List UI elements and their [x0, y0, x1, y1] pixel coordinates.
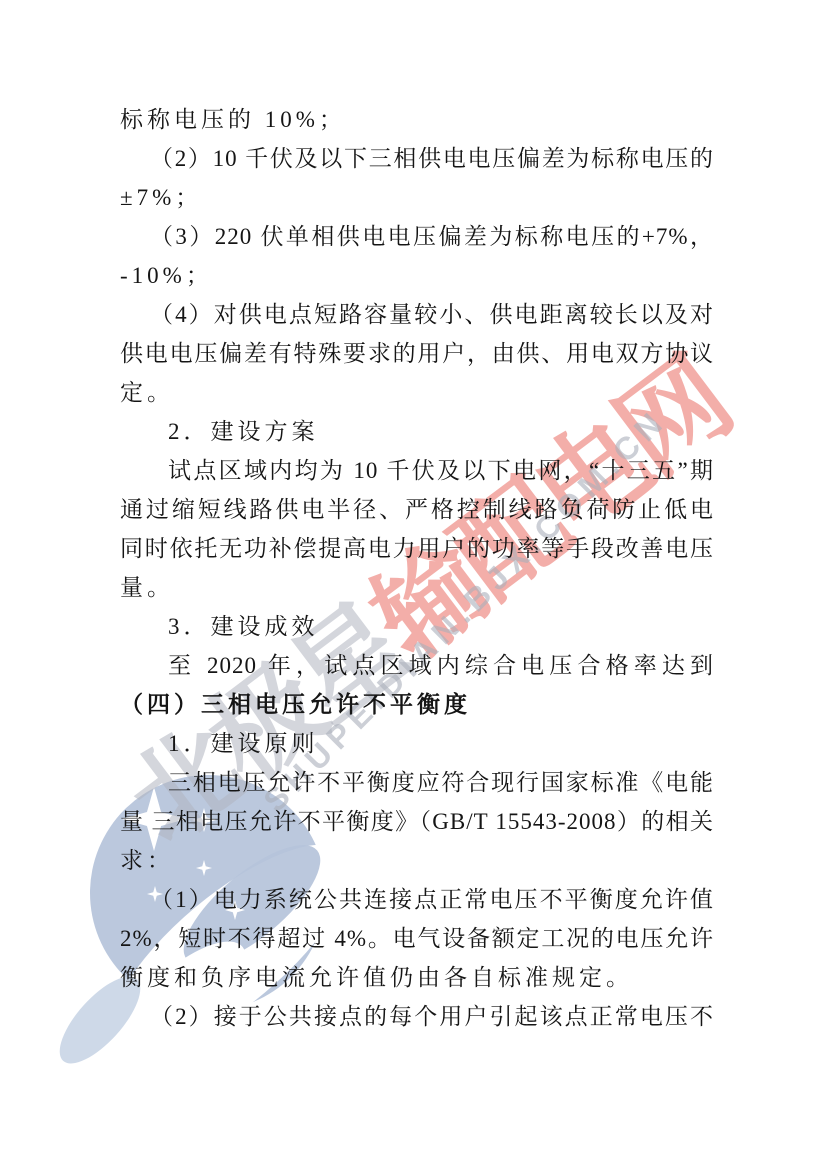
- text-line: -10%；: [120, 256, 714, 295]
- document-body: 标称电压的 10%；（2）10 千伏及以下三相供电电压偏差为标称电压的±7%；（…: [120, 100, 714, 1036]
- text-line: 试点区域内均为 10 千伏及以下电网，“十三五”期间，: [120, 451, 714, 490]
- text-line: 衡度和负序电流允许值仍由各自标准规定。: [120, 958, 714, 997]
- text-line: （2）10 千伏及以下三相供电电压偏差为标称电压的: [120, 139, 714, 178]
- text-line: 标称电压的 10%；: [120, 100, 714, 139]
- text-line: ±7%；: [120, 178, 714, 217]
- text-line: 至 2020 年，试点区域内综合电压合格率达到 99.7%。: [120, 646, 714, 685]
- text-line: 定。: [120, 373, 714, 412]
- text-line: 3．建设成效: [120, 607, 714, 646]
- text-line: 供电电压偏差有特殊要求的用户，由供、用电双方协议确: [120, 334, 714, 373]
- document-page: 北极星输配电网 SHUPEIDIAN.BJX.COM.CN 标称电压的 10%；…: [0, 0, 827, 1169]
- text-line: （1）电力系统公共连接点正常电压不平衡度允许值为: [120, 880, 714, 919]
- text-line: （四）三相电压允许不平衡度: [120, 685, 714, 724]
- text-line: 2．建设方案: [120, 412, 714, 451]
- text-line: 1．建设原则: [120, 724, 714, 763]
- text-line: （4）对供电点短路容量较小、供电距离较长以及对: [120, 295, 714, 334]
- text-line: 量。: [120, 568, 714, 607]
- text-line: 量 三相电压允许不平衡度》（GB/T 15543-2008）的相关要: [120, 802, 714, 841]
- text-line: 通过缩短线路供电半径、严格控制线路负荷防止低电压，: [120, 490, 714, 529]
- text-line: 2%，短时不得超过 4%。电气设备额定工况的电压允许不平: [120, 919, 714, 958]
- text-line: （3）220 伏单相供电电压偏差为标称电压的+7%，: [120, 217, 714, 256]
- text-line: 三相电压允许不平衡度应符合现行国家标准《电能质: [120, 763, 714, 802]
- text-line: 求：: [120, 841, 714, 880]
- text-line: （2）接于公共接点的每个用户引起该点正常电压不平: [120, 997, 714, 1036]
- text-line: 同时依托无功补偿提高电力用户的功率等手段改善电压质: [120, 529, 714, 568]
